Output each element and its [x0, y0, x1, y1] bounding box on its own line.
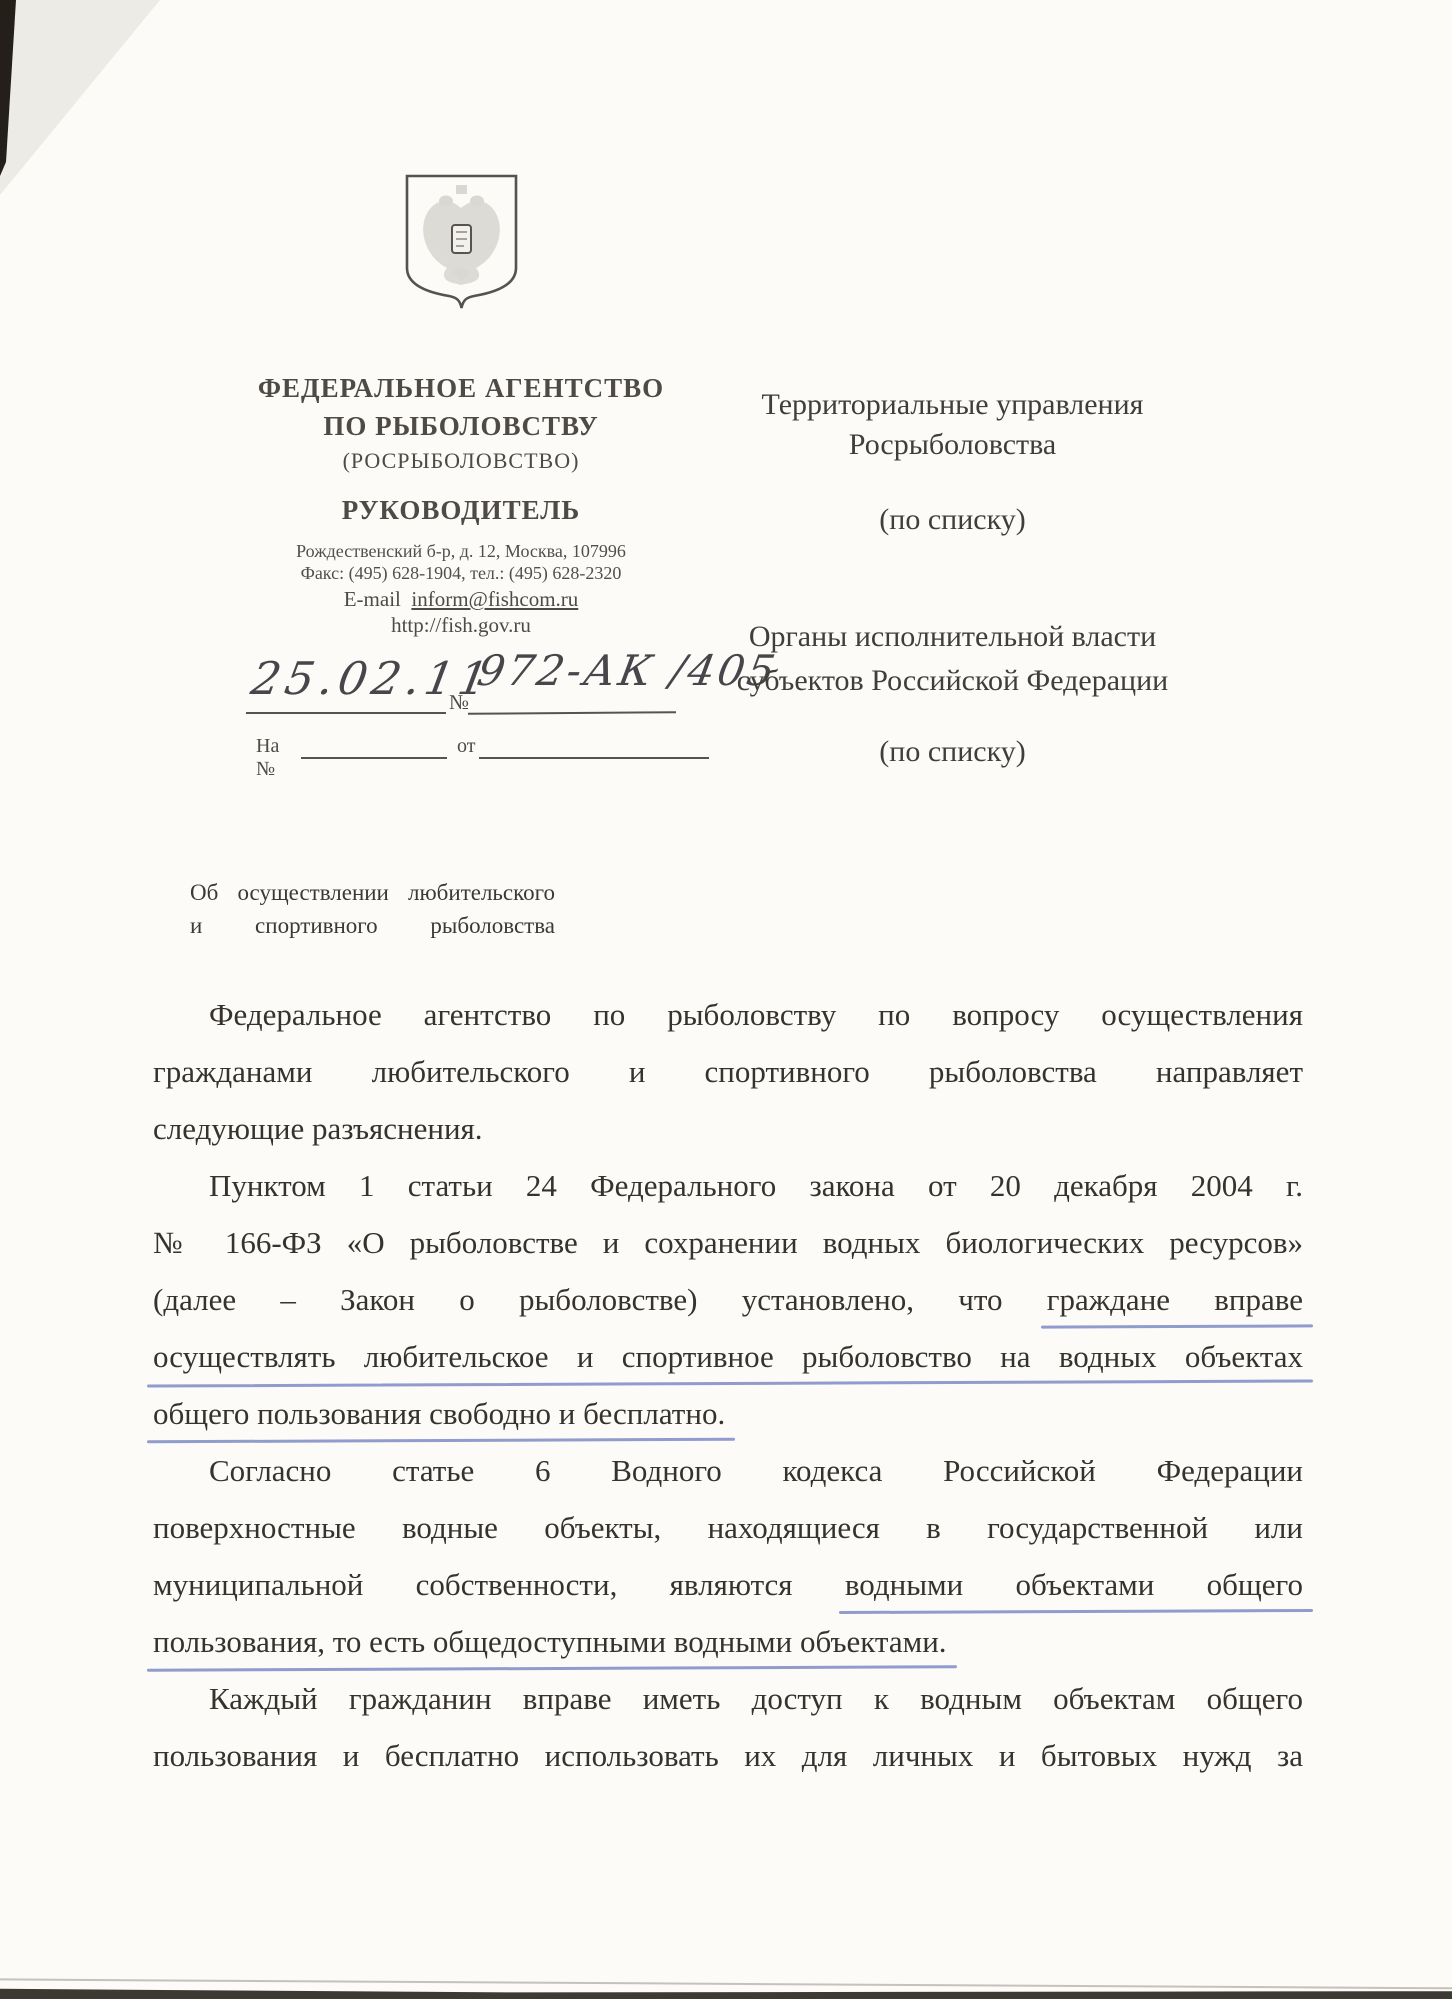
body-line: (далее – Закон о рыболовстве) установлен… [153, 1271, 1303, 1328]
addressee2-line1: Органы исполнительной власти [690, 618, 1215, 656]
pen-underlined-text: пользования, то есть общедоступными водн… [153, 1624, 947, 1659]
reply-number-underline [301, 757, 447, 759]
body-line: следующие разъяснения. [153, 1100, 1303, 1157]
addressee1-line1: Территориальные управления [690, 386, 1215, 424]
body-line: Федеральное агентство по рыболовству по … [153, 986, 1303, 1043]
pen-underlined-text: водными объектами общего [845, 1567, 1303, 1602]
addressee2-note: (по списку) [690, 733, 1215, 771]
pen-underlined-text: граждане вправе [1047, 1282, 1303, 1317]
body-line: осуществлять любительское и спортивное р… [153, 1328, 1303, 1385]
coat-of-arms-icon [403, 172, 520, 312]
pen-underlined-text: осуществлять любительское и спортивное р… [153, 1339, 1303, 1374]
document-page: ФЕДЕРАЛЬНОЕ АГЕНТСТВО ПО РЫБОЛОВСТВУ (РО… [0, 0, 1452, 1999]
agency-short-name: (РОСРЫБОЛОВСТВО) [240, 446, 682, 476]
agency-name-line2: ПО РЫБОЛОВСТВУ [240, 408, 682, 444]
body-line: Пунктом 1 статьи 24 Федерального закона … [153, 1157, 1303, 1214]
agency-name-line1: ФЕДЕРАЛЬНОЕ АГЕНТСТВО [240, 368, 682, 408]
pen-underlined-text: общего пользования свободно и бесплатно. [153, 1396, 725, 1431]
body-text-segment: Пунктом 1 статьи 24 Федерального закона … [209, 1168, 1303, 1203]
body-line: общего пользования свободно и бесплатно. [153, 1385, 1303, 1442]
subject-block: Об осуществлении любительского и спортив… [190, 876, 555, 942]
scanned-letter: { "letterhead": { "agency_line1": "ФЕДЕР… [0, 0, 1452, 1999]
body-text: Федеральное агентство по рыболовству по … [153, 986, 1303, 1784]
body-line: гражданами любительского и спортивного р… [153, 1043, 1303, 1100]
email-label: E-mail [344, 587, 401, 611]
email-line: E-mail inform@fishcom.ru [240, 586, 682, 612]
letterhead: ФЕДЕРАЛЬНОЕ АГЕНТСТВО ПО РЫБОЛОВСТВУ (РО… [240, 368, 682, 638]
addressee2-line2: субъектов Российской Федерации [690, 662, 1215, 700]
body-text-segment: пользования и бесплатно использовать их … [153, 1738, 1303, 1773]
body-line: № 166-ФЗ «О рыболовстве и сохранении вод… [153, 1214, 1303, 1271]
scan-corner-shade [0, 0, 170, 200]
email-address: inform@fishcom.ru [411, 587, 578, 611]
subject-line1: Об осуществлении любительского [190, 876, 555, 909]
addressee1-note: (по списку) [690, 501, 1215, 539]
position-title: РУКОВОДИТЕЛЬ [240, 494, 682, 526]
scan-bottom-band [0, 1987, 1452, 1999]
number-underline [468, 711, 676, 714]
scan-bottom-edge-line [0, 1978, 1452, 1989]
body-text-segment: Федеральное агентство по рыболовству по … [209, 997, 1303, 1032]
body-line: пользования, то есть общедоступными водн… [153, 1613, 1303, 1670]
body-line: пользования и бесплатно использовать их … [153, 1727, 1303, 1784]
body-line: муниципальной собственности, являются во… [153, 1556, 1303, 1613]
body-text-segment: № 166-ФЗ «О рыболовстве и сохранении вод… [153, 1225, 1303, 1260]
reply-from-label: от [457, 735, 475, 758]
body-text-segment: муниципальной собственности, являются [153, 1567, 845, 1602]
body-text-segment: (далее – Закон о рыболовстве) установлен… [153, 1282, 1047, 1317]
addressee1-line2: Росрыболовства [690, 426, 1215, 464]
fax-phone-line: Факс: (495) 628-1904, тел.: (495) 628-23… [240, 562, 682, 584]
website-address: http://fish.gov.ru [240, 612, 682, 638]
body-text-segment: гражданами любительского и спортивного р… [153, 1054, 1303, 1089]
body-line: Каждый гражданин вправе иметь доступ к в… [153, 1670, 1303, 1727]
body-line: Согласно статье 6 Водного кодекса Россий… [153, 1442, 1303, 1499]
number-sign: № [449, 690, 469, 715]
body-text-segment: Согласно статье 6 Водного кодекса Россий… [209, 1453, 1303, 1488]
body-text-segment: Каждый гражданин вправе иметь доступ к в… [209, 1681, 1303, 1716]
reply-date-underline [479, 757, 709, 759]
date-underline [246, 712, 446, 714]
body-text-segment: поверхностные водные объекты, находящиес… [153, 1510, 1303, 1545]
postal-address: Рождественский б-р, д. 12, Москва, 10799… [240, 540, 682, 562]
body-line: поверхностные водные объекты, находящиес… [153, 1499, 1303, 1556]
subject-line2: и спортивного рыболовства [190, 909, 555, 942]
body-text-segment: следующие разъяснения. [153, 1111, 483, 1146]
reply-to-label: На № [256, 735, 279, 781]
